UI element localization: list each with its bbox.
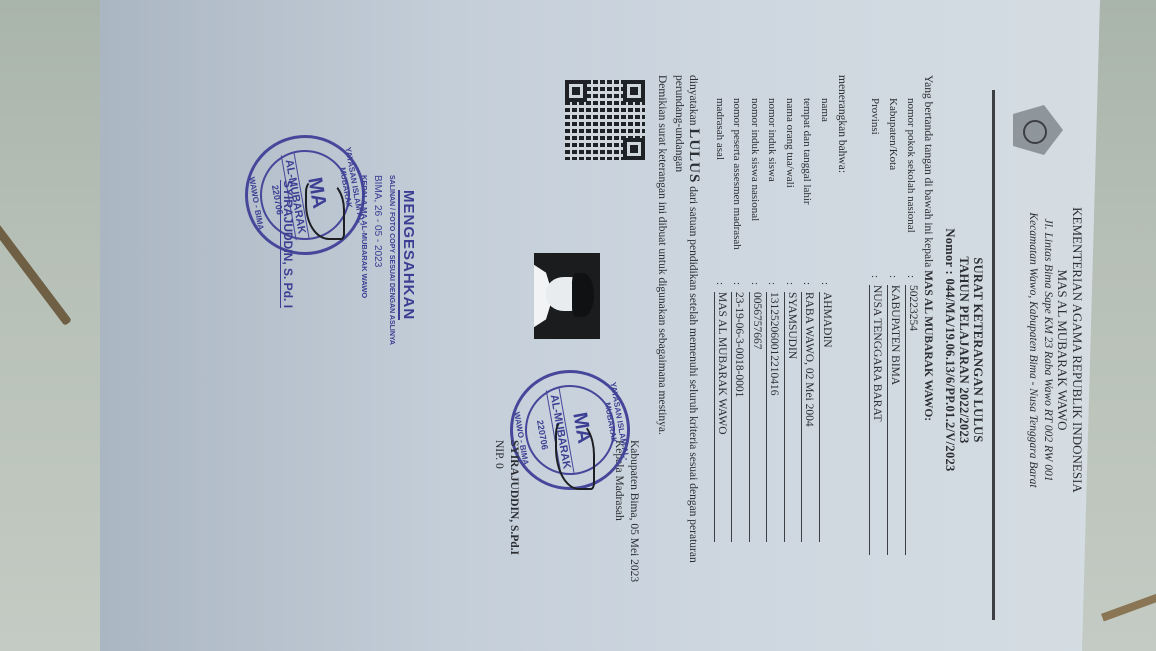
declares-text: menerangkan bahwa: bbox=[835, 75, 849, 173]
title-year: TAHUN PELAJARAN 2022/2023 bbox=[957, 70, 971, 630]
legalization-subtitle: SALINAN / FOTO COPY SESUAI DENGAN ASLINY… bbox=[388, 175, 395, 345]
field-label: nomor peserta assesmen madrasah bbox=[732, 98, 744, 250]
title-line: SURAT KETERANGAN LULUS bbox=[971, 70, 985, 630]
field-value: SYAMSUDIN bbox=[784, 292, 798, 542]
field-value: 0056757667 bbox=[749, 292, 763, 542]
document-number: Nomor : 044/MA/19.06.13/6/PP.01.2/V/2023 bbox=[943, 70, 957, 630]
field-label: madrasah asal bbox=[714, 98, 726, 160]
statement: dinyatakan LULUS dari satuan pendidikan … bbox=[672, 75, 701, 630]
school-name: MAS AL MUBARAK WAWO bbox=[1055, 70, 1070, 630]
field-value: 50223254 bbox=[905, 285, 919, 555]
signer-name: SYIRAJUDDIN, S.Pd.I bbox=[508, 440, 520, 555]
qr-code-icon bbox=[565, 80, 645, 160]
field-value: NUSA TENGGARA BARAT bbox=[869, 285, 883, 555]
legalization-title: MENGESAHKAN bbox=[398, 190, 417, 320]
field-label: nomor induk siswa bbox=[767, 98, 779, 182]
letterhead: KEMENTERIAN AGAMA REPUBLIK INDONESIA MAS… bbox=[1025, 70, 1085, 630]
address-line: Jl. Lintas Bima Sape KM 23 Raba Wawo RT … bbox=[1040, 70, 1055, 630]
field-value: RABA WAWO, 02 Mei 2004 bbox=[802, 292, 816, 542]
student-photo bbox=[534, 253, 600, 339]
field-value: 23-19-06-3-0018-0001 bbox=[732, 292, 746, 542]
signer-nip: NIP. 0 bbox=[493, 440, 505, 469]
table-edge bbox=[0, 177, 72, 326]
status-lulus: LULUS bbox=[686, 128, 702, 183]
field-value: MAS AL MUBARAK WAWO bbox=[714, 292, 728, 542]
field-label: nomor pokok sekolah nasional bbox=[905, 98, 917, 233]
field-value: AHMADIN bbox=[819, 292, 833, 542]
legalization-name: SYIRAJUDDIN, S. Pd. I bbox=[280, 180, 295, 308]
closing-text: Demikian surat keterangan ini dibuat unt… bbox=[655, 75, 669, 435]
field-value: 131252060012210416 bbox=[767, 292, 781, 542]
field-label: Provinsi bbox=[869, 98, 881, 135]
field-label: nama bbox=[819, 98, 831, 122]
field-value: KABUPATEN BIMA bbox=[887, 285, 901, 555]
field-label: nomor induk siswa nasional bbox=[749, 98, 761, 221]
graduation-certificate: KEMENTERIAN AGAMA REPUBLIK INDONESIA MAS… bbox=[95, 70, 1085, 630]
table-edge bbox=[1101, 587, 1156, 622]
field-label: Kabupaten/Kota bbox=[887, 98, 899, 170]
legalization-date: BIMA, 26 - 05 - 2023 bbox=[372, 175, 383, 267]
ministry-name: KEMENTERIAN AGAMA REPUBLIK INDONESIA bbox=[1070, 70, 1085, 630]
field-label: tempat dan tanggal lahir bbox=[802, 98, 814, 205]
legalization-position: KEPALA MA AL-MUBARAK WAWO bbox=[360, 175, 369, 298]
field-label: nama orang tua/wali bbox=[784, 98, 796, 188]
intro-text: Yang bertanda tangan di bawah ini kepala… bbox=[921, 75, 935, 421]
address-line: Kecamatan Wawo, Kabupaten Bima - Nusa Te… bbox=[1025, 70, 1040, 630]
document-title: SURAT KETERANGAN LULUS TAHUN PELAJARAN 2… bbox=[943, 70, 985, 630]
header-divider bbox=[992, 90, 995, 620]
